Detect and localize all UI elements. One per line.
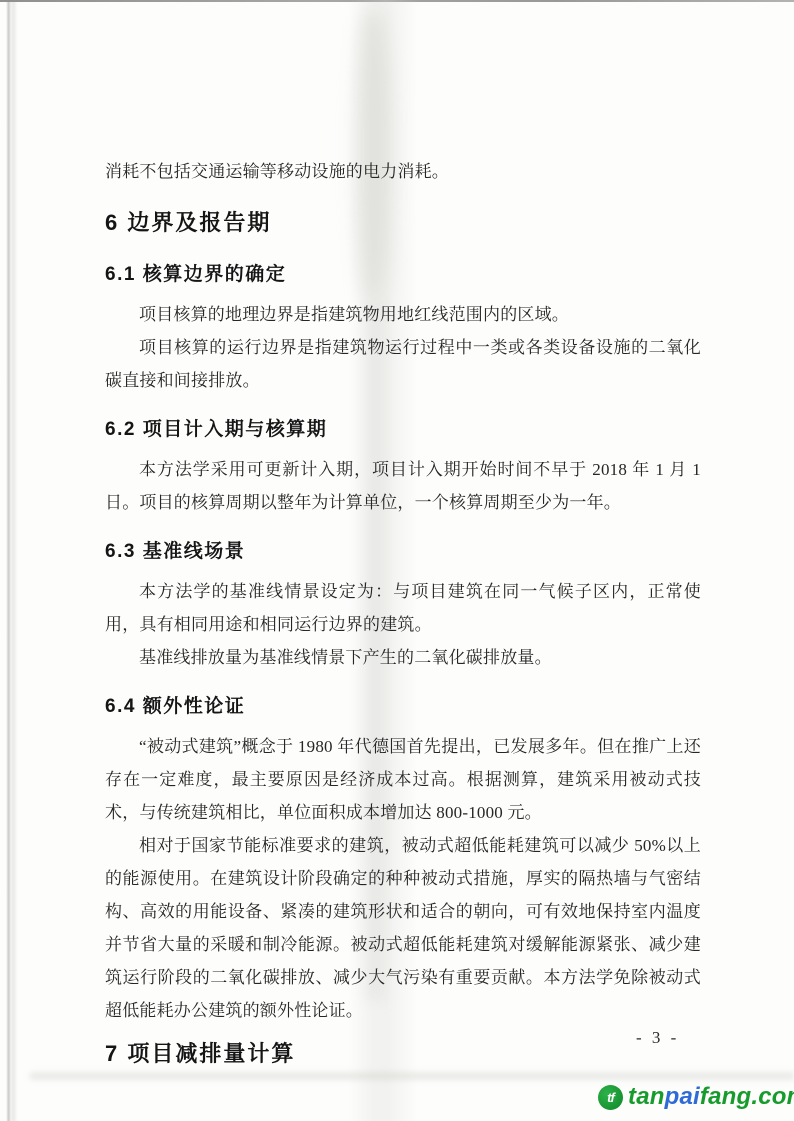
scan-bottom-edge-artifact [30, 1072, 794, 1080]
paragraph-electricity-consumption: 消耗不包括交通运输等移动设施的电力消耗。 [105, 155, 701, 188]
heading-section-6-4: 6.4 额外性论证 [105, 693, 701, 721]
heading-section-7: 7 项目减排量计算 [105, 1039, 701, 1069]
paragraph-geographic-boundary: 项目核算的地理边界是指建筑物用地红线范围内的区域。 [105, 298, 701, 331]
tanpaifang-logo-icon: tf [598, 1085, 623, 1110]
heading-section-6: 6 边界及报告期 [105, 208, 701, 238]
heading-section-6-3: 6.3 基准线场景 [105, 538, 701, 566]
page-number: - 3 - [636, 1028, 679, 1048]
paragraph-passive-building-history: “被动式建筑”概念于 1980 年代德国首先提出，已发展多年。但在推广上还存在一… [105, 730, 701, 829]
heading-section-6-1: 6.1 核算边界的确定 [105, 261, 701, 289]
paragraph-baseline-emissions: 基准线排放量为基准线情景下产生的二氧化碳排放量。 [105, 641, 701, 674]
logo-text-fang-com: fang.com [700, 1083, 794, 1110]
tanpaifang-logo-text: tanpaifang.com [628, 1083, 794, 1111]
heading-section-6-2: 6.2 项目计入期与核算期 [105, 416, 701, 444]
paragraph-baseline-scenario: 本方法学的基准线情景设定为：与项目建筑在同一气候子区内，正常使用，具有相同用途和… [105, 575, 701, 641]
scanned-document-page: 消耗不包括交通运输等移动设施的电力消耗。 6 边界及报告期 6.1 核算边界的确… [0, 0, 794, 1121]
logo-text-tan: tan [628, 1083, 665, 1110]
scan-left-edge-artifact [6, 2, 20, 1121]
paragraph-operational-boundary: 项目核算的运行边界是指建筑物运行过程中一类或各类设备设施的二氧化碳直接和间接排放… [105, 331, 701, 397]
paragraph-crediting-period: 本方法学采用可更新计入期，项目计入期开始时间不早于 2018 年 1 月 1 日… [105, 453, 701, 519]
paragraph-passive-building-benefits: 相对于国家节能标准要求的建筑，被动式超低能耗建筑可以减少 50%以上的能源使用。… [105, 829, 701, 1027]
document-content: 消耗不包括交通运输等移动设施的电力消耗。 6 边界及报告期 6.1 核算边界的确… [105, 0, 701, 1071]
logo-text-pai: pai [665, 1083, 700, 1110]
tanpaifang-watermark: tf tanpaifang.com [598, 1083, 794, 1111]
